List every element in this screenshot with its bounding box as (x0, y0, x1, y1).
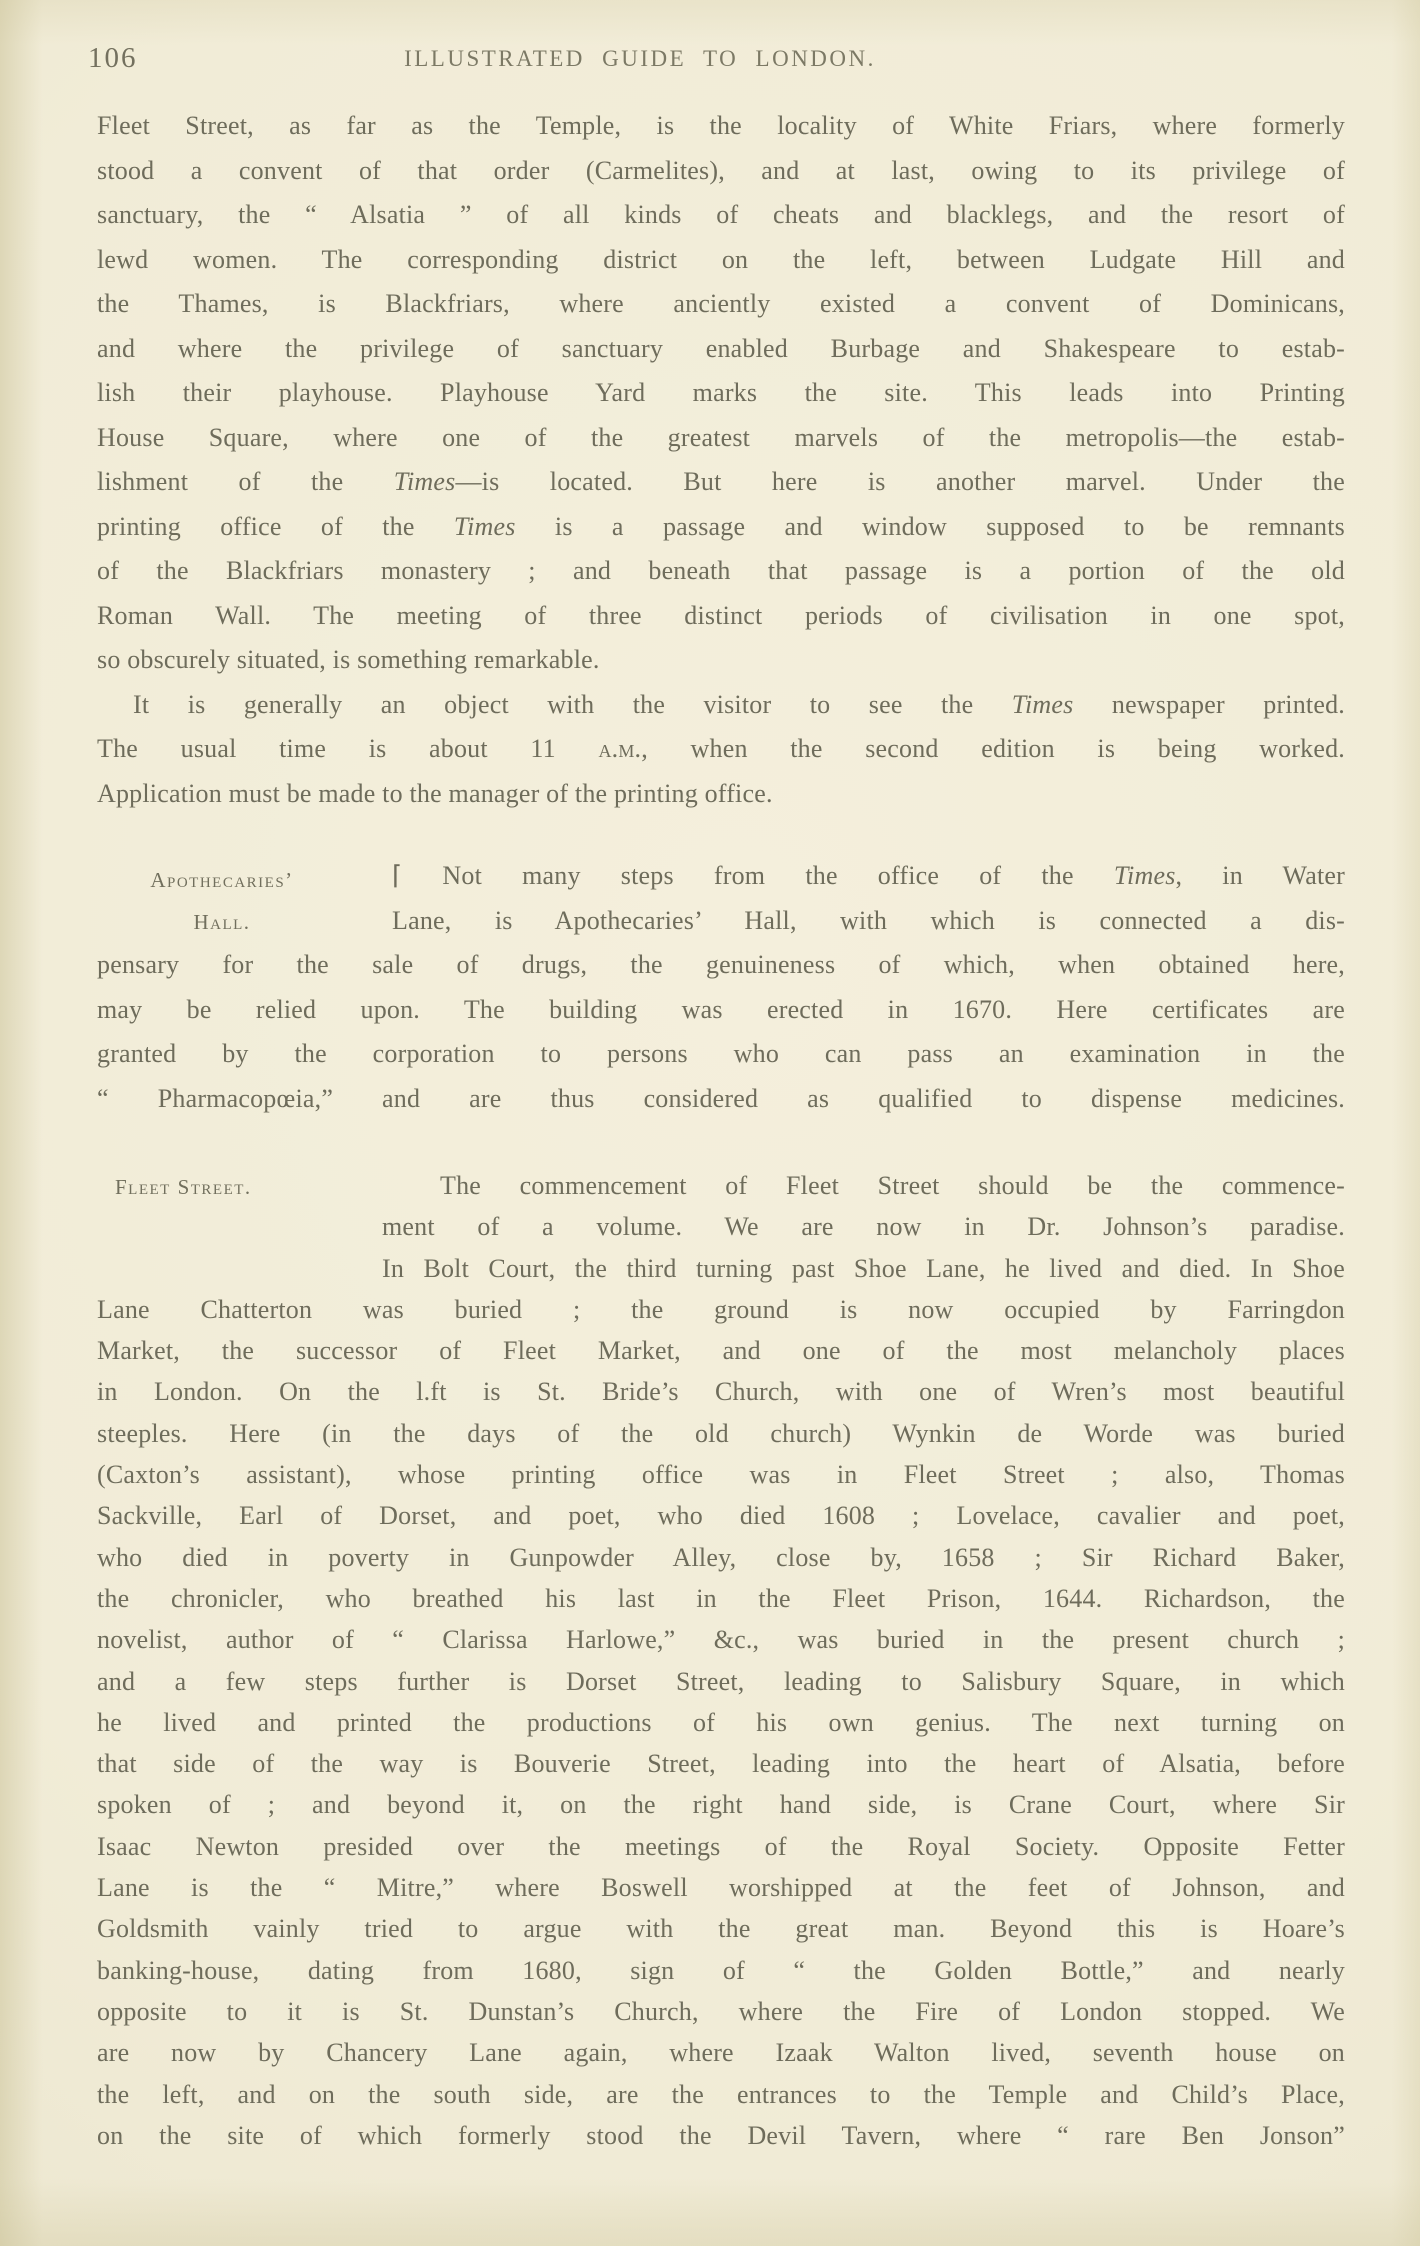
text-line: Application must be made to the manager … (97, 772, 1345, 817)
sidenote-line: Apothecaries’ (97, 859, 347, 901)
text-line: who died in poverty in Gunpowder Alley, … (97, 1537, 1345, 1578)
text-line: Fleet Street, as far as the Temple, is t… (97, 104, 1345, 149)
text-line: the left, and on the south side, are the… (97, 2074, 1345, 2115)
text-line: Lane is the “ Mitre,” where Boswell wors… (97, 1867, 1345, 1908)
text-line: Isaac Newton presided over the meetings … (97, 1826, 1345, 1867)
paragraph-apothecaries-hall: Apothecaries’ Hall. ⌈ Not many steps fro… (97, 854, 1345, 1121)
text-line: opposite to it is St. Dunstan’s Church, … (97, 1991, 1345, 2032)
text-line: he lived and printed the productions of … (97, 1702, 1345, 1743)
text-line: spoken of ; and beyond it, on the right … (97, 1784, 1345, 1825)
paragraph-times-printing: It is generally an object with the visit… (97, 683, 1345, 817)
sidenote-apothecaries-hall: Apothecaries’ Hall. (97, 854, 392, 943)
page-title: ILLUSTRATED GUIDE TO LONDON. (0, 46, 1280, 72)
text-line: and where the privilege of sanctuary ena… (97, 327, 1345, 372)
text-line: It is generally an object with the visit… (97, 683, 1345, 728)
text-line: banking-house, dating from 1680, sign of… (97, 1950, 1345, 1991)
text-line: stood a convent of that order (Carmelite… (97, 149, 1345, 194)
text-line: pensary for the sale of drugs, the genui… (97, 943, 1345, 988)
paragraph-lines: The commencement of Fleet Street should … (97, 1165, 1345, 2156)
text-line: lewd women. The corresponding district o… (97, 238, 1345, 283)
text-line: novelist, author of “ Clarissa Harlowe,”… (97, 1619, 1345, 1660)
text-line: Goldsmith vainly tried to argue with the… (97, 1908, 1345, 1949)
page-body: Fleet Street, as far as the Temple, is t… (0, 104, 1420, 2156)
text-line: steeples. Here (in the days of the old c… (97, 1413, 1345, 1454)
text-line: granted by the corporation to persons wh… (97, 1032, 1345, 1077)
text-line: Market, the successor of Fleet Market, a… (97, 1330, 1345, 1371)
sidenote-line: Hall. (97, 901, 347, 943)
page-header: 106 ILLUSTRATED GUIDE TO LONDON. (0, 0, 1420, 80)
text-line: Sackville, Earl of Dorset, and poet, who… (97, 1495, 1345, 1536)
text-line: of the Blackfriars monastery ; and benea… (97, 549, 1345, 594)
text-line: and a few steps further is Dorset Street… (97, 1661, 1345, 1702)
paragraph-fleet-street: Fleet Street. The commencement of Fleet … (97, 1165, 1345, 2156)
text-line: lishment of the Times—is located. But he… (97, 460, 1345, 505)
text-line: Roman Wall. The meeting of three distinc… (97, 594, 1345, 639)
text-line: in London. On the l.ft is St. Bride’s Ch… (97, 1371, 1345, 1412)
text-line: (Caxton’s assistant), whose printing off… (97, 1454, 1345, 1495)
paragraph-whitefriars-blackfriars: Fleet Street, as far as the Temple, is t… (97, 104, 1345, 683)
text-line: are now by Chancery Lane again, where Iz… (97, 2032, 1345, 2073)
text-line: the chronicler, who breathed his last in… (97, 1578, 1345, 1619)
text-line: so obscurely situated, is something rema… (97, 638, 1345, 683)
sidenote-line: Fleet Street. (115, 1167, 382, 1208)
text-line: may be relied upon. The building was ere… (97, 988, 1345, 1033)
text-line: “ Pharmacopœia,” and are thus considered… (97, 1077, 1345, 1122)
book-page: 106 ILLUSTRATED GUIDE TO LONDON. Fleet S… (0, 0, 1420, 2246)
text-line: that side of the way is Bouverie Street,… (97, 1743, 1345, 1784)
text-line: on the site of which formerly stood the … (97, 2115, 1345, 2156)
text-line: House Square, where one of the greatest … (97, 416, 1345, 461)
text-line: the Thames, is Blackfriars, where ancien… (97, 282, 1345, 327)
text-line: lish their playhouse. Playhouse Yard mar… (97, 371, 1345, 416)
text-line: In Bolt Court, the third turning past Sh… (97, 1248, 1345, 1289)
paragraph-lines: It is generally an object with the visit… (97, 683, 1345, 817)
text-line: sanctuary, the “ Alsatia ” of all kinds … (97, 193, 1345, 238)
text-line: Lane Chatterton was buried ; the ground … (97, 1289, 1345, 1330)
sidenote-fleet-street: Fleet Street. (97, 1165, 382, 1248)
paragraph-lines: Fleet Street, as far as the Temple, is t… (97, 104, 1345, 683)
text-line: printing office of the Times is a passag… (97, 505, 1345, 550)
text-line: The usual time is about 11 a.m., when th… (97, 727, 1345, 772)
